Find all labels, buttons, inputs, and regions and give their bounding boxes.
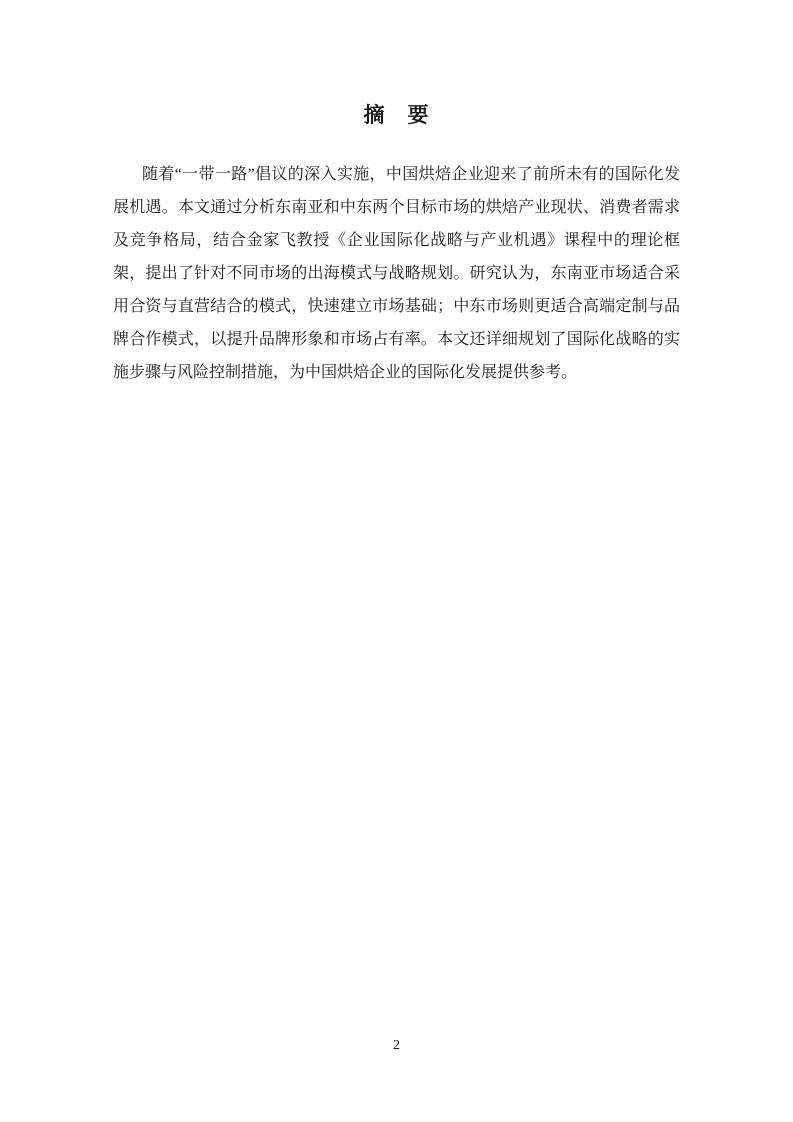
- page-number: 2: [393, 1038, 400, 1053]
- document-page: 摘 要 随着“一带一路”倡议的深入实施，中国烘焙企业迎来了前所未有的国际化发展机…: [0, 0, 793, 1122]
- page-footer: 2: [0, 1036, 793, 1056]
- abstract-paragraph: 随着“一带一路”倡议的深入实施，中国烘焙企业迎来了前所未有的国际化发展机遇。本文…: [113, 158, 680, 389]
- abstract-title: 摘 要: [0, 102, 793, 129]
